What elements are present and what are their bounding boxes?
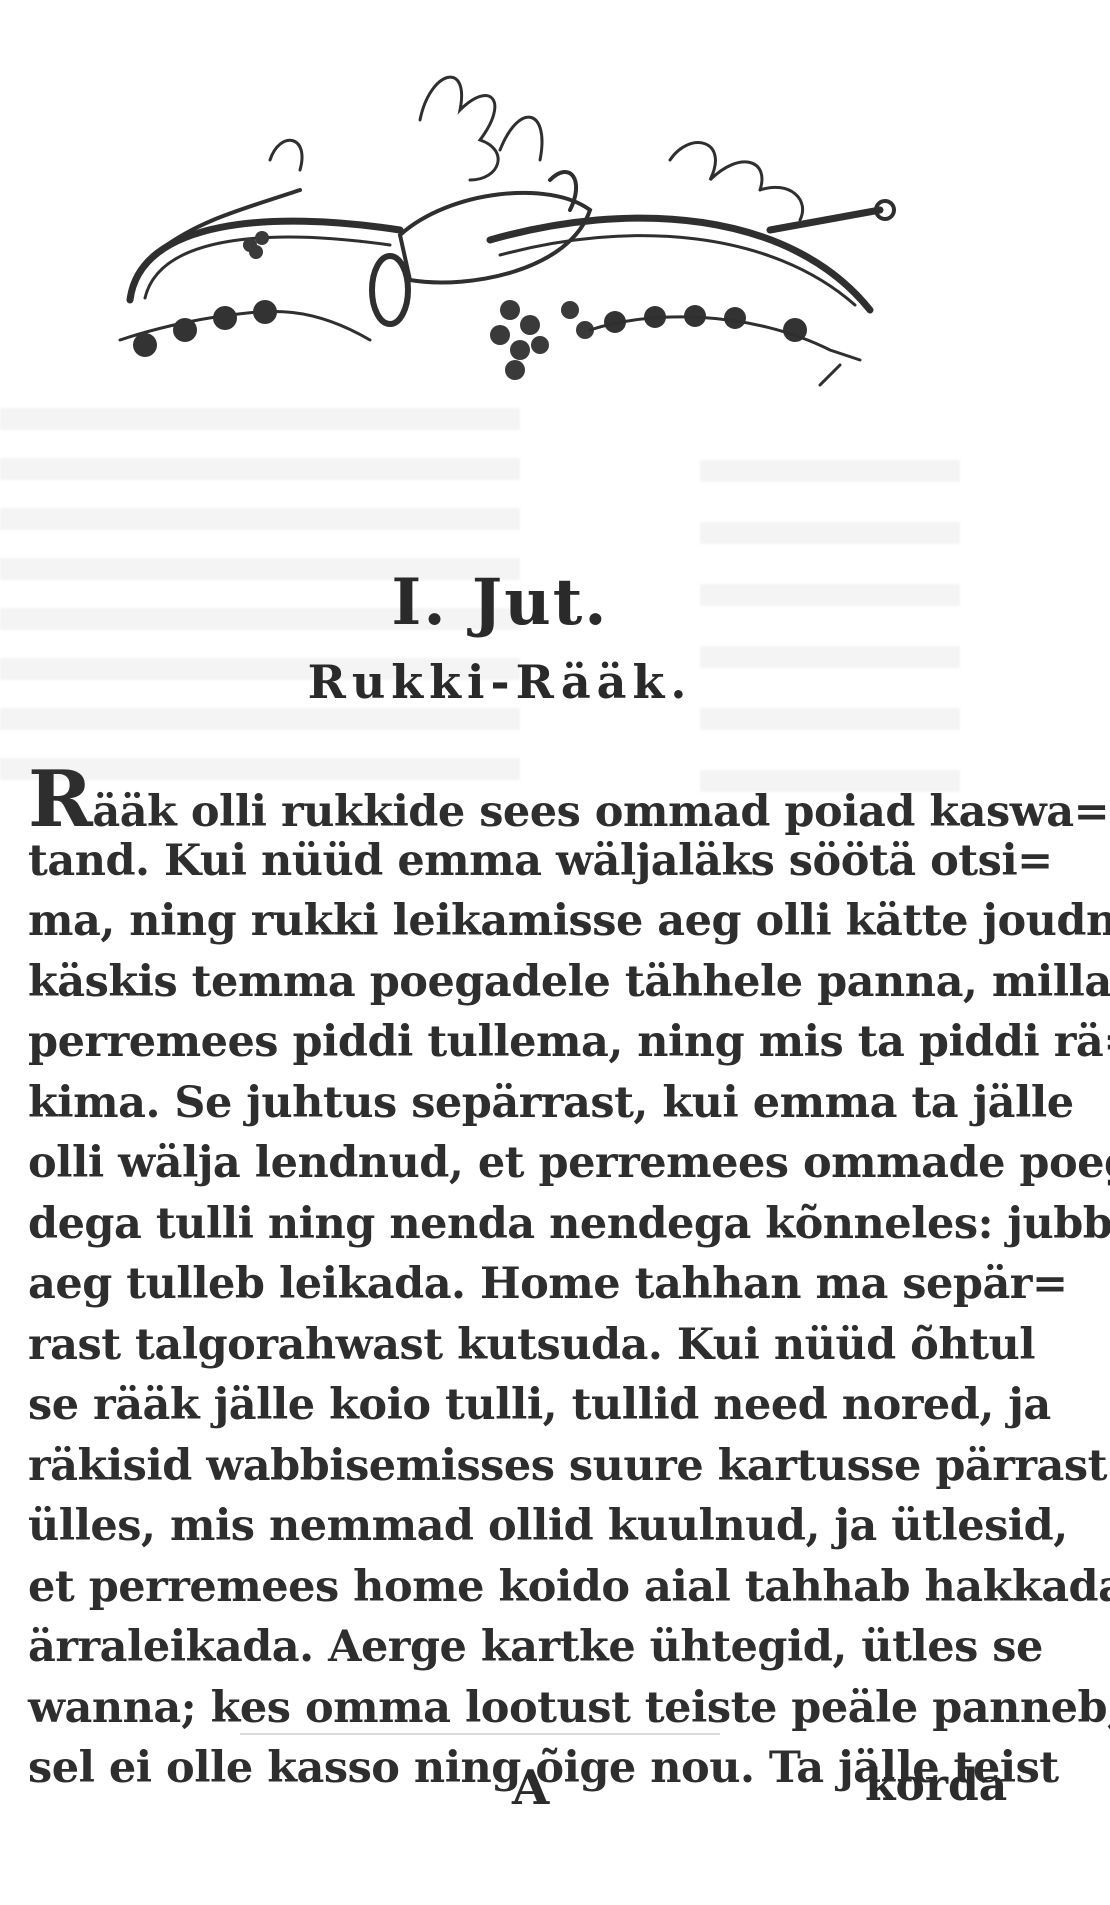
text-line: tand. Kui nüüd emma wäljaläks söötä otsi… [28, 831, 972, 892]
chapter-subtitle: Rukki-Rääk. [0, 655, 1000, 709]
chapter-heading: I. Jut. [0, 565, 1000, 640]
catchword: korda [865, 1760, 1007, 1811]
body-text: Rääk olli rukkide sees ommad poiad kaswa… [28, 770, 972, 1799]
text-line: räkisid wabbisemisses suure kartusse pär… [28, 1436, 972, 1497]
page-footer: A korda [0, 1760, 1110, 1820]
text-line: ülles, mis nemmad ollid kuulnud, ja ütle… [28, 1496, 972, 1557]
text-line-content: ääk olli rukkide sees ommad poiad kaswa= [92, 787, 1109, 837]
signature-mark: A [512, 1760, 549, 1816]
text-line: Rääk olli rukkide sees ommad poiad kaswa… [28, 770, 972, 831]
text-line: dega tulli ning nenda nendega kõnneles: … [28, 1194, 972, 1255]
text-line: aeg tulleb leikada. Home tahhan ma sepär… [28, 1254, 972, 1315]
text-line: ma, ning rukki leikamisse aeg olli kätte… [28, 891, 972, 952]
text-line: rast talgorahwast kutsuda. Kui nüüd õhtu… [28, 1315, 972, 1376]
text-line: ärraleikada. Aerge kartke ühtegid, ütles… [28, 1617, 972, 1678]
faint-rule [240, 1733, 720, 1735]
text-line: et perremees home koido aial tahhab hakk… [28, 1557, 972, 1618]
ornament-vignette-icon [70, 40, 940, 400]
text-line: se rääk jälle koio tulli, tullid need no… [28, 1375, 972, 1436]
text-line: olli wälja lendnud, et perremees ommade … [28, 1133, 972, 1194]
text-line: perremees piddi tullema, ning mis ta pid… [28, 1012, 972, 1073]
text-line: wanna; kes omma lootust teiste peäle pan… [28, 1678, 972, 1739]
text-line: käskis temma poegadele tähhele panna, mi… [28, 952, 972, 1013]
text-line: kima. Se juhtus sepärrast, kui emma ta j… [28, 1073, 972, 1134]
